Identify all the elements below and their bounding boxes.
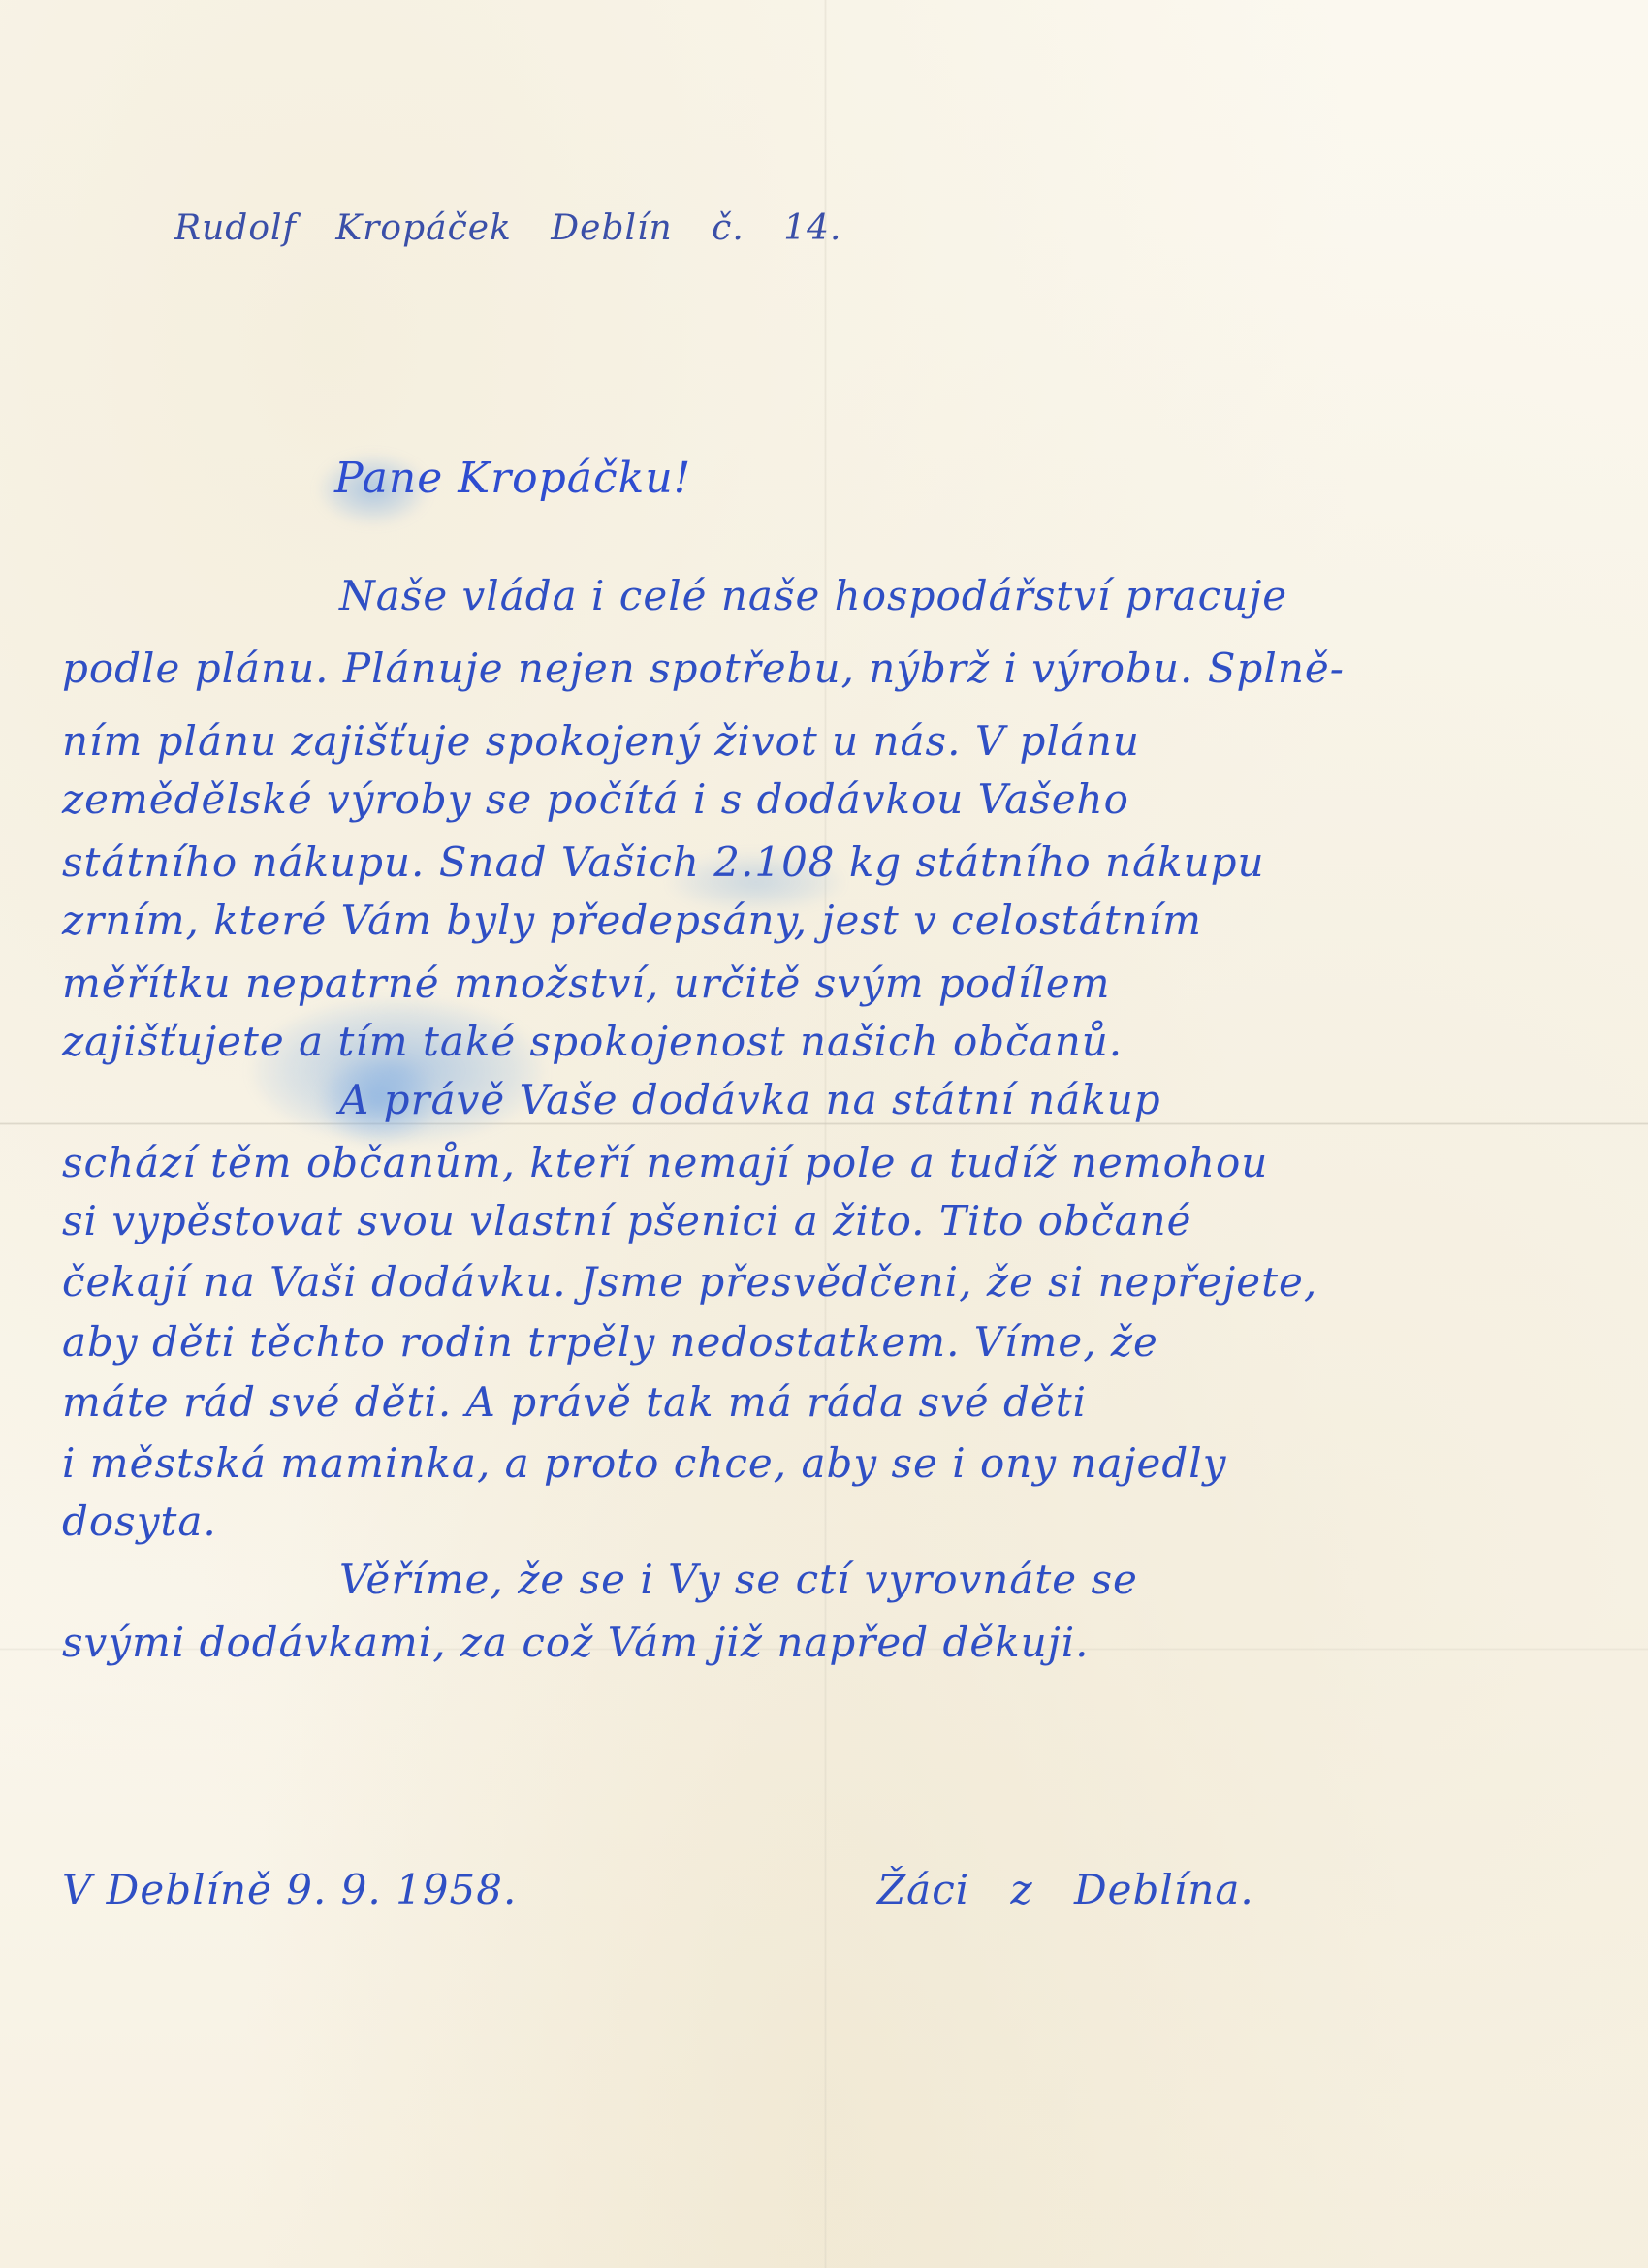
letter-line: Věříme, že se i Vy se ctí vyrovnáte se: [339, 1556, 1138, 1603]
letter-line: státního nákupu. Snad Vašich 2.108 kg st…: [62, 838, 1265, 886]
letter-line: zemědělské výroby se počítá i s dodávkou…: [62, 775, 1129, 823]
letter-line: zajišťujete a tím také spokojenost našic…: [62, 1018, 1123, 1065]
letter-line: dosyta.: [62, 1497, 217, 1545]
sender-line: Rudolf Kropáček Deblín č. 14.: [174, 208, 841, 248]
salutation: Pane Kropáčku!: [334, 454, 691, 503]
letter-line: máte rád své děti. A právě tak má ráda s…: [62, 1378, 1087, 1426]
letter-line: zrním, které Vám byly předepsány, jest v…: [62, 897, 1202, 944]
letter-line: měřítku nepatrné množství, určitě svým p…: [62, 960, 1111, 1007]
letter-line: ním plánu zajišťuje spokojený život u ná…: [62, 717, 1140, 765]
letter-line: i městská maminka, a proto chce, aby se …: [62, 1439, 1226, 1487]
letter-line: Naše vláda i celé naše hospodářství prac…: [339, 572, 1287, 619]
letter-line: schází těm občanům, kteří nemají pole a …: [62, 1139, 1268, 1186]
letter-line: A právě Vaše dodávka na státní nákup: [339, 1076, 1161, 1123]
letter-line: svými dodávkami, za což Vám již napřed d…: [62, 1619, 1090, 1666]
letter-line: aby děti těchto rodin trpěly nedostatkem…: [62, 1318, 1158, 1366]
paper-fold-vertical: [824, 0, 827, 2268]
letter-line: čekají na Vaši dodávku. Jsme přesvědčeni…: [62, 1258, 1317, 1306]
place-and-date: V Deblíně 9. 9. 1958.: [62, 1866, 517, 1913]
signature: Žáci z Deblína.: [877, 1866, 1254, 1913]
letter-line: podle plánu. Plánuje nejen spotřebu, nýb…: [62, 645, 1345, 692]
letter-line: si vypěstovat svou vlastní pšenici a žit…: [62, 1197, 1191, 1244]
letter-paper: Rudolf Kropáček Deblín č. 14. Pane Kropá…: [0, 0, 1648, 2268]
